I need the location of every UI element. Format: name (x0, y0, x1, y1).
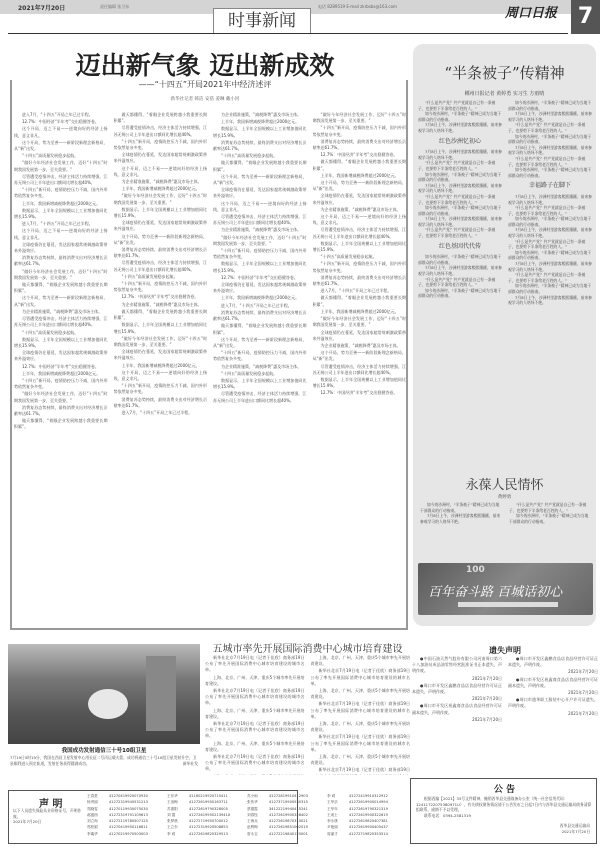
article-column: 上海、北京、广州、天津、重庆5个城市率先开展培育建设。 新华社北京7月19日电（… (311, 655, 411, 775)
public-notice-box: 公 告 根据西编【2021】33号文件精神，撤销西华县交通战备办公室（统一社会信… (410, 778, 597, 844)
paragraph: 做天都懂得，“着眼企业发展跨越小我重要长期积累”。 (114, 309, 208, 321)
paragraph: 上半年，我国新增减税降费超过2000亿元。 (114, 363, 208, 369)
lost-notice-body: ●中国石油天然气股份有限公司河南周口第六十八加油站成品油零售经营批准证书正本遗失… (412, 656, 598, 771)
paragraph: 上半年，我国新增减税降费超过2000亿元。 (14, 201, 108, 207)
newspaper-logo: 周口日报 (505, 2, 557, 21)
id-cell: 41272219840125001 (269, 831, 327, 837)
paragraph: 进入7月，“十四五”开局之年已过半程。 (14, 221, 108, 227)
paragraph: 如今的沙洲村，“半条被子”精神已成为当地干部群众的行动指南。 (508, 134, 592, 145)
photo-credit: 新华社发 (183, 761, 198, 767)
declaration-table: 王春堂41270419920070930王东华41160219920715411… (87, 793, 417, 837)
paragraph: 这个开局，迈之不易——逆境向好的经济上扬线，意义非凡。 (313, 214, 407, 226)
paragraph: 如今的沙洲村，“半条被子”精神已成为当地干部群众的行动指南。 (418, 205, 502, 216)
paragraph: 尽管遭受疫情冲击，经济主体活力持续增强，江苏无锡公司上半年进出口额同比增长超40… (213, 214, 307, 226)
declaration-body: 以下人员遗失保险从业资格证号，声明作废。 (13, 808, 81, 819)
paragraph: 上半年，我国新增减税降费超过2000亿元。 (313, 309, 407, 315)
declaration-date: 2021年7月20日 (13, 819, 41, 824)
second-headline: 五城市率先开展国际消费中心城市培育建设 (205, 640, 410, 655)
paragraph: “做好今年经济社会发展工作，迈好“十四五”时期我国发展第一步，至关重要。” (114, 336, 208, 348)
feature-headline: “半条被子”传精神 (413, 62, 596, 83)
id-cell: 41270219970503003 (109, 831, 167, 837)
article-column: 为企业精准施策，“减税降费”惠及市场主体。 上半年，我国新增减税降费超过2000… (213, 112, 307, 624)
paragraph: 如今的沙洲村，“半条被子”精神已成为当地干部群众的行动指南。 (418, 288, 502, 299)
paragraph: 消费复苏态势持续，最终消费支出对经济增长贡献率达61.7%。 (213, 140, 307, 152)
feature-subhead: 红色基因代代传 (418, 244, 502, 250)
banner-slogan: 百年奋斗路 百城话初心 (428, 581, 562, 600)
paragraph: 如今的沙洲村，“半条被子”精神已成为当地干部群众的行动指南。 (508, 216, 592, 227)
photo-description-text: 7月19日5时19分，我国在西昌卫星发射中心用长征二号丙运载火箭，成功将通信三十… (10, 755, 196, 766)
paragraph: 新华社北京7月19日电（记者于佳欣）商务部19日公布了率先开展国际消费中心城市培… (205, 754, 305, 773)
paragraph: 上海、北京、广州、天津、重庆5个城市率先开展培育建设。 (311, 655, 411, 667)
paragraph: 如今的沙洲村，“半条被子”精神已成为当地干部群众的行动指南。 (508, 167, 592, 178)
main-byline: 新华社记者 韩洁 安蓓 姜琳 戴小河 (0, 96, 410, 102)
declaration-box: 声 明 以下人员遗失保险从业资格证号，声明作废。 2021年7月20日 王春堂4… (8, 790, 298, 844)
paragraph: 做天都懂得，“着眼企业发展跨越小我重要长期积累”。 (14, 282, 108, 294)
notice-body: 根据西编【2021】33号文件精神，撤销西华县交通战备办公室（统一社会信用代码：… (416, 796, 594, 818)
paragraph: 全球疫情仍在蔓延，发达国家超常规刺激政策带来外溢效应。 (213, 187, 307, 199)
paragraph: “做好今年经济社会发展工作，迈好“十四五”时期我国发展第一步，至关重要。” (313, 316, 407, 328)
paragraph: 全球疫情仍在蔓延，发达国家超常规刺激政策带来外溢效应。 (14, 350, 108, 362)
paragraph: 上半年，我国新增减税降费超过2000亿元。 (313, 173, 407, 179)
notice-column: ●中国石油天然气股份有限公司河南周口第六十八加油站成品油零售经营批准证书正本遗失… (412, 656, 502, 771)
paragraph: 全球疫情仍在蔓延，发达国家超常规刺激政策带来外溢效应。 (114, 220, 208, 232)
paragraph: 数据显示，上半年全国规模以上工业增加值同比增长15.9%。 (114, 322, 208, 334)
paragraph: 这个开局，迈之不易——逆境向好的经济上扬线，意义非凡。 (114, 166, 208, 178)
notice-date: 2021年7月20日 (412, 676, 502, 682)
paragraph: “做好今年经济社会发展工作，迈好“十四五”时期我国发展第一步，至关重要。” (114, 193, 208, 205)
commentary-headline: 永葆人民情怀 (413, 474, 596, 493)
paragraph: 为企业精准施策，“减税降费”惠及市场主体。 (313, 343, 407, 349)
paragraph: 这个开局，迈之不易——逆境向好的经济上扬线，意义非凡。 (14, 228, 108, 240)
paragraph: 数据显示，上半年全国规模以上工业增加值同比增长15.9%。 (213, 378, 307, 390)
paragraph: “什么是共产党？共产党就是自己有一条被子，也要剪下半条给老百姓的人。” (508, 272, 592, 283)
paragraph: 做天都懂得，“着眼企业发展跨越小我重要长期积累”。 (313, 295, 407, 307)
paragraph: 进入7月，“十四五”开局之年已过半程。 (213, 303, 307, 309)
lost-notice-heading: 遗失声明 (410, 645, 600, 656)
notice-signature: 西华县交通运输局 2021年7月20日 (560, 823, 590, 834)
feature-column: “什么是共产党？共产党就是自己有一条被子，也要剪下半条给老百姓的人。” 如今的沙… (418, 100, 502, 460)
contact-info: 电话 8289519 E-mail zkrbsbs@163.com (318, 4, 397, 10)
paragraph: 上半年，我国新增减税降费超过2000亿元。 (213, 295, 307, 301)
paragraph: 7月8日上午，沙洲村里游客熙熙攘攘，前来参观学习的人络绎不绝。 (508, 194, 592, 205)
smoke-plume (88, 689, 128, 719)
page-number: 7 (571, 0, 600, 34)
paragraph: 全球疫情仍在蔓延，发达国家超常规刺激政策带来外溢效应。 (313, 193, 407, 205)
paragraph: “十四五”新开局，疫情防控压力不减，国内外形势依然复杂多变。 (313, 125, 407, 137)
paragraph: 消费复苏态势持续，最终消费支出对经济增长贡献率达61.7%。 (313, 139, 407, 151)
paragraph: 7月8日上午，沙洲村里游客熙熙攘攘，前来参观学习的人络绎不绝。 (508, 145, 592, 156)
paragraph: 新华社北京7月19日电（记者于佳欣）商务部19日公布了率先开展国际消费中心城市培… (311, 734, 411, 753)
paragraph: 7月8日上午，沙洲村里游客熙熙攘攘，前来参观学习的人络绎不绝。 (418, 216, 502, 227)
paragraph: 12.7%：中国经济“半年考”交出稳健答卷。 (14, 119, 108, 125)
paragraph: “十四五”高质量发展稳步起航。 (114, 274, 208, 280)
name-cell: 李寓华 (87, 831, 109, 837)
paragraph: 数据显示，上半年全国规模以上工业增加值同比增长15.9%。 (14, 208, 108, 220)
paragraph: “什么是共产党？共产党就是自己有一条被子，也要剪下半条给老百姓的人。” (418, 160, 502, 171)
paragraph: 尽管遭受疫情冲击，经济主体活力持续增强，江苏无锡公司上半年进出口额同比增长超40… (114, 125, 208, 137)
paragraph: “什么是共产党？共产党就是自己有一条被子，也要剪下半条给老百姓的人。” (508, 156, 592, 167)
centennial-badge: 100 (466, 565, 485, 575)
paragraph: 这个开局，势为至善——新阶段新理念新格局，从“新”出发。 (14, 295, 108, 307)
paragraph: 12.7%：中国经济“半年考”交出稳健答卷。 (313, 152, 407, 158)
feature-subhead: 红色沙洲忆初心 (418, 139, 502, 145)
notice-signer: 西华县交通运输局 (560, 823, 590, 829)
paragraph: 数据显示，上半年全国规模以上工业增加值同比增长15.9%。 (213, 126, 307, 138)
paragraph: 尽管遭受疫情冲击，经济主体活力持续增强，江苏无锡公司上半年进出口额同比增长超40… (313, 227, 407, 239)
paragraph: 尽管遭受疫情冲击，经济主体活力持续增强，江苏无锡公司上半年进出口额同比增长超40… (313, 364, 407, 376)
paragraph: “十四五”高质量发展稳步起航。 (14, 330, 108, 336)
paragraph: “十四五”新开局，疫情防控压力不减，国内外形势依然复杂多变。 (114, 281, 208, 293)
issue-date: 2021年7月20日 (18, 3, 65, 12)
paragraph: “十四五”新开局，疫情防控压力不减，国内外形势依然复杂多变。 (14, 378, 108, 390)
paragraph: 这个开局，迈之不易——逆境向好的经济上扬线，意义非凡。 (114, 370, 208, 382)
paragraph: 做天都懂得，“着眼企业发展跨越小我重要长期积累”。 (14, 418, 108, 430)
paragraph: 为企业精准施策，“减税降费”惠及市场主体。 (114, 302, 208, 308)
launch-photo (8, 644, 200, 744)
paragraph: “十四五”高质量发展稳步起航。 (213, 371, 307, 377)
paragraph: “什么是共产党？共产党就是自己有一条被子，也要剪下半条给老百姓的人。” (508, 122, 592, 133)
paragraph: 做天都懂得，“着眼企业发展跨越小我重要长期积累”。 (213, 323, 307, 335)
paragraph: 数据显示，上半年全国规模以上工业增加值同比增长15.9%。 (313, 377, 407, 389)
paragraph: 如今的沙洲村，“半条被子”精神已成为当地干部群众的行动指南。 (420, 502, 501, 513)
section-title: 时事新闻 (213, 8, 311, 34)
paragraph: 如今的沙洲村，“半条被子”精神已成为当地干部群众的行动指南。 (418, 172, 502, 183)
paragraph: 新华社北京7月19日电（记者于佳欣）商务部19日公布了率先开展国际消费中心城市培… (311, 668, 411, 687)
paragraph: 做天都懂得，“着眼企业发展跨越小我重要长期积累”。 (114, 112, 208, 124)
paragraph: 消费复苏态势持续，最终消费支出对经济增长贡献率达61.7%。 (313, 275, 407, 287)
paragraph: 消费复苏态势持续，最终消费支出对经济增长贡献率达61.7%。 (114, 247, 208, 259)
paragraph: “十四五”新开局，疫情防控压力不减，国内外形势依然复杂多变。 (313, 261, 407, 273)
editor-credit: 责任编辑 张卫东 (100, 4, 129, 10)
paragraph: 上海、北京、广州、天津、重庆5个城市率先开展培育建设。 (205, 741, 305, 753)
paragraph: 消费复苏态势持续，最终消费支出对经济增长贡献率达61.7%。 (14, 255, 108, 267)
paragraph: 7月8日上午，沙洲村里游客熙熙攘攘，前来参观学习的人络绎不绝。 (420, 513, 501, 524)
paragraph: “什么是共产党？共产党就是自己有一条被子，也要剪下半条给老百姓的人。” (418, 227, 502, 238)
paragraph: “十四五”新开局，疫情防控压力不减，国内外形势依然复杂多变。 (114, 383, 208, 395)
paragraph: “做好今年经济社会发展工作，迈好“十四五”时期我国发展第一步，至关重要。” (313, 112, 407, 124)
notice-date: 2021年7月20日 (508, 669, 598, 675)
paragraph: 如今的沙洲村，“半条被子”精神已成为当地干部群众的行动指南。 (418, 111, 502, 122)
notice-date: 2021年7月20日 (412, 696, 502, 702)
paragraph: 如今的沙洲村，“半条被子”精神已成为当地干部群众的行动指南。 (508, 250, 592, 261)
paragraph: “什么是共产党？共产党就是自己有一条被子，也要剪下半条给老百姓的人。” (508, 239, 592, 250)
commentary-body: 如今的沙洲村，“半条被子”精神已成为当地干部群众的行动指南。 7月8日上午，沙洲… (420, 502, 590, 558)
paragraph: 全球疫情仍在蔓延，发达国家超常规刺激政策带来外溢效应。 (114, 349, 208, 361)
paragraph: 7月8日上午，沙洲村里游客熙熙攘攘，前来参观学习的人络绎不绝。 (508, 111, 592, 122)
notice-text: 根据西编【2021】33号文件精神，撤销西华县交通战备办公室（统一社会信用代码：… (416, 796, 594, 813)
paragraph: 全球疫情仍在蔓延，发达国家超常规刺激政策带来外溢效应。 (213, 282, 307, 294)
main-article-body: 进入7月，“十四五”开局之年已过半程。 12.7%：中国经济“半年考”交出稳健答… (14, 112, 406, 624)
paragraph: 数据显示，上半年全国规模以上工业增加值同比增长15.9%。 (14, 337, 108, 349)
paragraph: 做天都懂得，“着眼企业发展跨越小我重要长期积累”。 (313, 159, 407, 171)
paragraph: 这个开局，势为至善——新阶段新理念新格局，从“新”出发。 (213, 174, 307, 186)
paragraph: 这个开局，势为至善——新阶段新理念新格局，从“新”出发。 (213, 337, 307, 349)
paragraph: 如今的沙洲村，“半条被子”精神已成为当地干部群众的行动指南。 (508, 100, 592, 111)
paragraph: 新华社北京7月19日电（记者于佳欣）商务部19日公布了率先开展国际消费中心城市培… (311, 701, 411, 720)
paragraph: 为企业精准施策，“减税降费”惠及市场主体。 (14, 309, 108, 315)
paragraph: 进入7月，“十四五”开局之年已过半程。 (313, 288, 407, 294)
paragraph: 消费复苏态势持续，最终消费支出对经济增长贡献率达61.7%。 (213, 310, 307, 322)
paragraph: 新华社北京7月19日电（记者于佳欣）商务部19日公布了率先开展国际消费中心城市培… (205, 655, 305, 674)
feature-subhead: 幸福路子在脚下 (508, 183, 592, 189)
commentary-column: “什么是共产党？共产党就是自己有一条被子，也要剪下半条给老百姓的人。” 如今的沙… (509, 502, 590, 558)
paragraph: “做好今年经济社会发展工作，迈好“十四五”时期我国发展第一步，至关重要。” (14, 391, 108, 403)
paragraph: 12.7%：中国经济“半年考”交出稳健答卷。 (14, 364, 108, 370)
paragraph: 这个开局，迈之不易——逆境向好的经济上扬线，意义非凡。 (213, 201, 307, 213)
paragraph: 12.7%：中国经济“半年考”交出稳健答卷。 (213, 275, 307, 281)
paragraph: 进入7月，“十四五”开局之年已过半程。 (14, 112, 108, 118)
table-row: 李寓华41270219970503003李 莉41272619820329513… (87, 831, 417, 837)
paragraph: 尽管遭受疫情冲击，经济主体活力持续增强，江苏无锡公司上半年进出口额同比增长超40… (213, 391, 307, 403)
paragraph: 上海、北京、广州、天津、重庆5个城市率先开展培育建设。 (311, 721, 411, 733)
paragraph: 为企业精准施策，“减税降费”惠及市场主体。 (213, 112, 307, 118)
notice-date: 2021年7月20日 (508, 690, 598, 696)
paragraph: 为企业精准施策，“减税降费”惠及市场主体。 (114, 179, 208, 185)
paragraph: “什么是共产党？共产党就是自己有一条被子，也要剪下半条给老百姓的人。” (418, 277, 502, 288)
notice-column: ●周口市开发区鑫鹏食品店食品经营许可证正本遗失，声明作废。 2021年7月20日… (508, 656, 598, 771)
lost-notice-item: ●中国石油天然气股份有限公司河南周口第六十八加油站成品油零售经营批准证书正本遗失… (412, 656, 502, 675)
paragraph: 如今的沙洲村，“半条被子”精神已成为当地干部群众的行动指南。 (418, 254, 502, 265)
paragraph: 尽管遭受疫情冲击，经济主体活力持续增强，江苏无锡公司上半年进出口额同比增长超40… (14, 316, 108, 328)
photo-description: 7月19日5时19分，我国在西昌卫星发射中心用长征二号丙运载火箭，成功将通信三十… (10, 755, 198, 766)
paragraph: 消费复苏态势持续，最终消费支出对经济增长贡献率达61.7%。 (14, 405, 108, 417)
paragraph: 数据显示，上半年全国规模以上工业增加值同比增长15.9%。 (114, 207, 208, 219)
paragraph: 这个开局，迈之不易——逆境向好的经济上扬线，意义非凡。 (14, 126, 108, 138)
name-cell: 曾永宝 (247, 831, 269, 837)
lost-notice-item: ●周口市盛华职工服装中心开户许可证遗失，声明作废。 (508, 697, 598, 709)
paragraph: 消费复苏态势持续，最终消费支出对经济增长贡献率达61.7%。 (114, 397, 208, 409)
commentary-column: 如今的沙洲村，“半条被子”精神已成为当地干部群众的行动指南。 7月8日上午，沙洲… (420, 502, 501, 558)
paragraph: 为企业精准施策，“减税降费”惠及市场主体。 (213, 227, 307, 233)
feature-column: 如今的沙洲村，“半条被子”精神已成为当地干部群众的行动指南。 7月8日上午，沙洲… (508, 100, 592, 460)
feature-body: “什么是共产党？共产党就是自己有一条被子，也要剪下半条给老百姓的人。” 如今的沙… (418, 100, 592, 460)
paragraph: 新华社北京7月19日电（记者于佳欣）商务部19日公布了率先开展国际消费中心城市培… (205, 688, 305, 707)
article-column: 新华社北京7月19日电（记者于佳欣）商务部19日公布了率先开展国际消费中心城市培… (205, 655, 305, 775)
banner-strip (458, 602, 558, 607)
lost-notice-item: ●周口市开发区鑫鹏食品店食品经营许可证正本遗失，声明作废。 (412, 683, 502, 695)
paragraph: 7月8日上午，沙洲村里游客熙熙攘攘，前来参观学习的人络绎不绝。 (418, 149, 502, 160)
paragraph: 上海、北京、广州、天津、重庆5个城市率先开展培育建设。 (311, 754, 411, 766)
paragraph: 全球疫情仍在蔓延，发达国家超常规刺激政策带来外溢效应。 (114, 152, 208, 164)
paragraph: 这个开局，势为至善——新阶段新理念新格局，从“新”出发。 (14, 140, 108, 152)
paragraph: 为企业精准施策，“减税降费”惠及市场主体。 (313, 207, 407, 213)
paragraph: “什么是共产党？共产党就是自己有一条被子，也要剪下半条给老百姓的人。” (418, 100, 502, 111)
paragraph: “什么是共产党？共产党就是自己有一条被子，也要剪下半条给老百姓的人。” (509, 502, 590, 513)
paragraph: “什么是共产党？共产党就是自己有一条被子，也要剪下半条给老百姓的人。” (418, 194, 502, 205)
paragraph: 尽管遭受疫情冲击，经济主体活力持续增强，江苏无锡公司上半年进出口额同比增长超40… (14, 174, 108, 186)
header-divider (8, 33, 568, 34)
paragraph: 上半年，我国新增减税降费超过2000亿元。 (213, 119, 307, 125)
paragraph: 新华社北京7月19日电（记者于佳欣）商务部19日公布了率先开展国际消费中心城市培… (205, 721, 305, 740)
article-column: 进入7月，“十四五”开局之年已过半程。 12.7%：中国经济“半年考”交出稳健答… (14, 112, 108, 624)
paragraph: 7月8日上午，沙洲村里游客熙熙攘攘，前来参观学习的人络绎不绝。 (418, 183, 502, 194)
paragraph: “十四五”新开局，疫情防控压力不减，国内外形势依然复杂多变。 (14, 187, 108, 199)
paragraph: 上半年，我国新增减税降费超过2000亿元。 (114, 186, 208, 192)
photo-caption: 我国成功发射通信三十号10组卫星 (8, 746, 200, 754)
paragraph: 这个开局，势为至善——新阶段新理念新格局，从“新”出发。 (313, 350, 407, 362)
paragraph: 上海、北京、广州、天津、重庆5个城市率先开展培育建设。 (205, 675, 305, 687)
feature-byline: 郴州日报记者 黄婷勇 实习生 方雨晴 (413, 90, 596, 97)
launch-tower (146, 656, 176, 731)
paragraph: 7月8日上午，沙洲村里游客熙熙攘攘，前来参观学习的人络绎不绝。 (508, 261, 592, 272)
paragraph: “十四五”高质量发展稳步起航。 (313, 254, 407, 260)
paragraph: “做好今年经济社会发展工作，迈好“十四五”时期我国发展第一步，至关重要。” (213, 235, 307, 247)
paragraph: 如今的沙洲村，“半条被子”精神已成为当地干部群众的行动指南。 (509, 513, 590, 524)
main-headline: 迈出新气象 迈出新成效 (0, 46, 410, 82)
paragraph: 上海、北京、广州、天津、重庆5个城市率先开展培育建设。 (205, 774, 305, 775)
paragraph: 数据显示，上半年全国规模以上工业增加值同比增长15.9%。 (313, 241, 407, 253)
campaign-banner: 100 百年奋斗路 百城话初心 (418, 563, 593, 615)
name-cell: 李 莉 (167, 831, 189, 837)
paragraph: 7月8日上午，沙洲村里游客熙熙攘攘，前来参观学习的人络绎不绝。 (508, 295, 592, 306)
paragraph: 进入7月，“十四五”开局之年已过半程。 (114, 410, 208, 416)
lost-notice-item: ●周口市开发区鑫鹏食品店食品经营许可证正本遗失，声明作废。 (508, 656, 598, 668)
commentary-byline: 黄婷勇 (413, 494, 596, 500)
lost-notice-item: ●周口市开发区祝鑫商食品店食品经营许可证副本遗失，声明作废。 (508, 677, 598, 689)
lost-notice-item: ●周口市开发区祝鑫商食品店食品经营许可证副本遗失，声明作废。 (412, 703, 502, 715)
paragraph: “什么是共产党？共产党就是自己有一条被子，也要剪下半条给老百姓的人。” (508, 205, 592, 216)
paragraph: 新华社北京7月19日电（记者于佳欣）商务部19日公布了率先开展国际消费中心城市培… (311, 767, 411, 775)
notice-date: 2021年7月20日 (412, 717, 502, 723)
paragraph: “做好今年经济社会发展工作，迈好“十四五”时期我国发展第一步，至关重要。” (14, 160, 108, 172)
paragraph: 12.7%：中国经济“半年考”交出稳健答卷。 (313, 390, 407, 396)
name-cell: 周丽才 (327, 831, 349, 837)
article-column: 做天都懂得，“着眼企业发展跨越小我重要长期积累”。 尽管遭受疫情冲击，经济主体活… (114, 112, 208, 624)
paragraph: 尽管遭受疫情冲击，经济主体活力持续增强，江苏无锡公司上半年进出口额同比增长超40… (114, 260, 208, 272)
paragraph: 7月8日上午，沙洲村里游客熙熙攘攘，前来参观学习的人络绎不绝。 (508, 227, 592, 238)
paragraph: 全球疫情仍在蔓延，发达国家超常规刺激政策带来外溢效应。 (313, 330, 407, 342)
paragraph: “十四五”新开局，疫情防控压力不减，国内外形势依然复杂多变。 (213, 248, 307, 260)
declaration-text: 以下人员遗失保险从业资格证号，声明作废。 2021年7月20日 (13, 808, 83, 825)
paragraph: 如今的沙洲村，“半条被子”精神已成为当地干部群众的行动指南。 (508, 283, 592, 294)
paragraph: “十四五”新开局，疫情防控压力不减，国内外形势依然复杂多变。 (213, 350, 307, 362)
paragraph: “十四五”高质量发展稳步起航。 (14, 153, 108, 159)
paragraph: 做天都懂得，“着眼企业发展跨越小我重要长期积累”。 (213, 160, 307, 172)
paragraph: 上海、北京、广州、天津、重庆5个城市率先开展培育建设。 (311, 688, 411, 700)
notice-date: 2021年7月20日 (508, 711, 598, 717)
notice-date: 2021年7月20日 (560, 829, 590, 835)
article-column: “做好今年经济社会发展工作，迈好“十四五”时期我国发展第一步，至关重要。” “十… (313, 112, 407, 624)
paragraph: 上海、北京、广州、天津、重庆5个城市率先开展培育建设。 (205, 708, 305, 720)
paragraph: 7月8日上午，沙洲村里游客熙熙攘攘，前来参观学习的人络绎不绝。 (418, 122, 502, 133)
paragraph: 7月8日上午，沙洲村里游客熙熙攘攘，前来参观学习的人络绎不绝。 (418, 265, 502, 276)
paragraph: 为企业精准施策，“减税降费”惠及市场主体。 (213, 364, 307, 370)
second-article-body: 新华社北京7月19日电（记者于佳欣）商务部19日公布了率先开展国际消费中心城市培… (205, 655, 410, 775)
paragraph: 这个开局，势为至善——新阶段新理念新格局，从“新”出发。 (313, 180, 407, 192)
notice-title: 公 告 (411, 782, 598, 795)
id-cell: 41272719820353514 (349, 831, 407, 837)
paragraph: 数据显示，上半年全国规模以上工业增加值同比增长15.9%。 (213, 261, 307, 273)
id-cell: 41272619820329513 (189, 831, 247, 837)
paragraph: 全球疫情仍在蔓延，发达国家超常规刺激政策带来外溢效应。 (14, 242, 108, 254)
notice-phone: 联系电话：0394-2581319 (416, 813, 594, 819)
paragraph: 12.7%：中国经济“半年考”交出稳健答卷。 (114, 294, 208, 300)
paragraph: “做好今年经济社会发展工作，迈好“十四五”时期我国发展第一步，至关重要。” (14, 269, 108, 281)
main-subtitle: ——“十四五”开局2021年中经济述评 (0, 79, 410, 90)
paragraph: “十四五”新开局，疫情防控压力不减，国内外形势依然复杂多变。 (114, 139, 208, 151)
paragraph: 这个开局，势为至善——新阶段新理念新格局，从“新”出发。 (114, 234, 208, 246)
paragraph: “十四五”高质量发展稳步起航。 (213, 153, 307, 159)
paragraph: 上半年，我国新增减税降费超过2000亿元。 (14, 371, 108, 377)
